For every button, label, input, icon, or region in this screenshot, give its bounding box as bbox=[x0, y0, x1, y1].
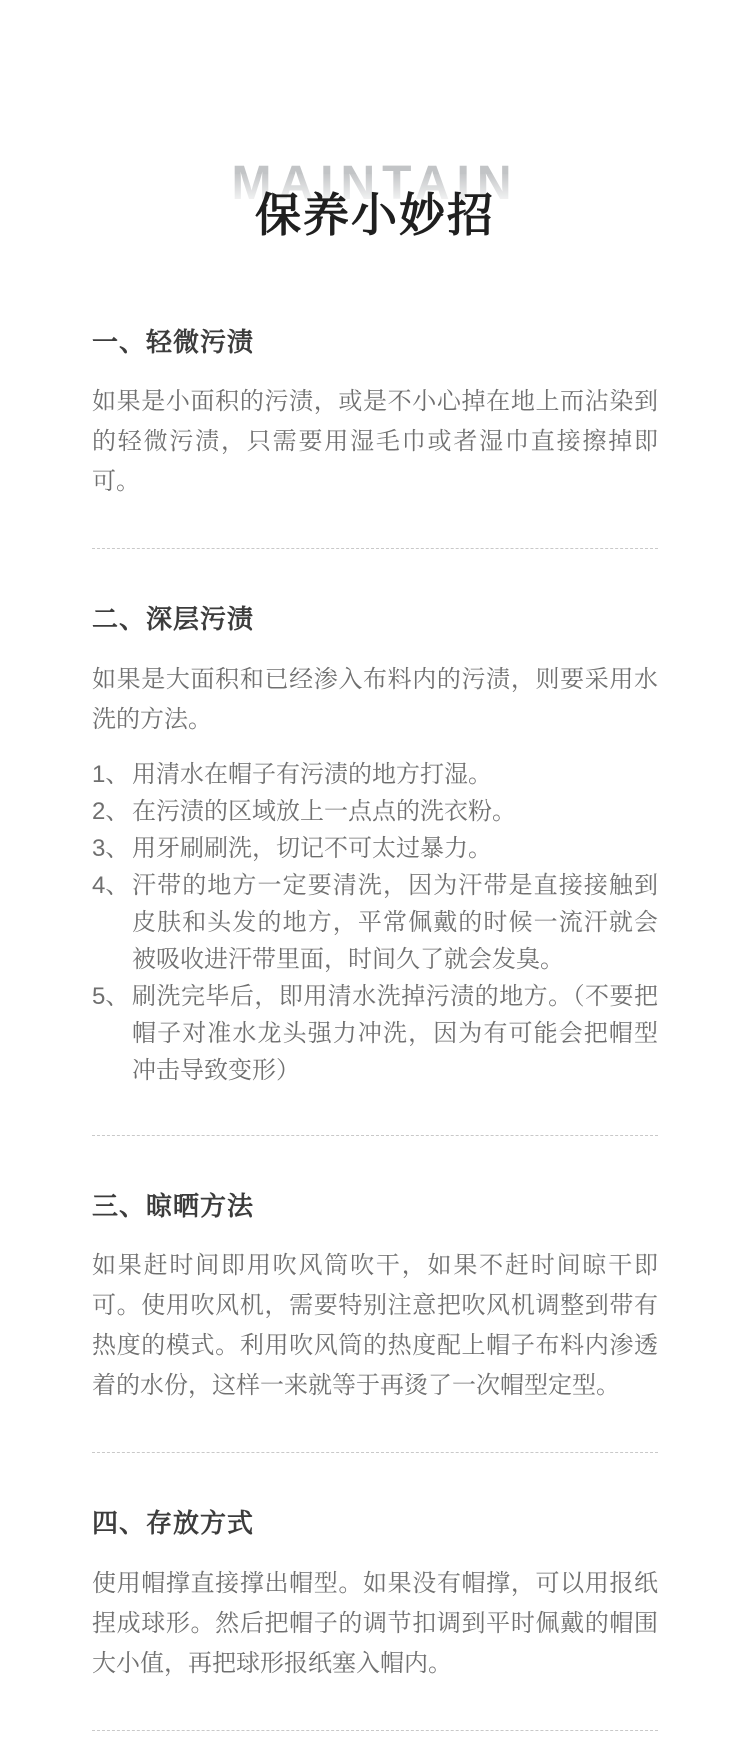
section-paragraph: 如果赶时间即用吹风筒吹干，如果不赶时间晾干即可。使用吹风机，需要特别注意把吹风机… bbox=[92, 1246, 658, 1406]
list-item-text: 汗带的地方一定要清洗，因为汗带是直接接触到皮肤和头发的地方，平常佩戴的时候一流汗… bbox=[132, 867, 658, 978]
content-area: 一、轻微污渍 如果是小面积的污渍，或是不小心掉在地上而沾染到的轻微污渍，只需要用… bbox=[0, 324, 750, 1731]
section-storage-method: 四、存放方式 使用帽撑直接撑出帽型。如果没有帽撑，可以用报纸捏成球形。然后把帽子… bbox=[92, 1505, 658, 1683]
list-item: 2、 在污渍的区域放上一点点的洗衣粉。 bbox=[92, 793, 658, 830]
dashed-divider bbox=[92, 548, 658, 549]
list-item-number: 2、 bbox=[92, 793, 132, 830]
section-paragraph: 如果是大面积和已经渗入布料内的污渍，则要采用水洗的方法。 bbox=[92, 660, 658, 740]
list-item: 5、 刷洗完毕后，即用清水洗掉污渍的地方。（不要把帽子对准水龙头强力冲洗，因为有… bbox=[92, 978, 658, 1089]
page-title: 保养小妙招 bbox=[0, 190, 750, 241]
list-item-text: 在污渍的区域放上一点点的洗衣粉。 bbox=[132, 793, 658, 830]
list-item-number: 5、 bbox=[92, 978, 132, 1015]
section-heading: 一、轻微污渍 bbox=[92, 324, 658, 360]
list-item-number: 3、 bbox=[92, 830, 132, 867]
washing-steps-list: 1、 用清水在帽子有污渍的地方打湿。 2、 在污渍的区域放上一点点的洗衣粉。 3… bbox=[92, 756, 658, 1089]
section-heading: 三、晾晒方法 bbox=[92, 1188, 658, 1224]
list-item-text: 用清水在帽子有污渍的地方打湿。 bbox=[132, 756, 658, 793]
section-deep-stains: 二、深层污渍 如果是大面积和已经渗入布料内的污渍，则要采用水洗的方法。 1、 用… bbox=[92, 601, 658, 1088]
list-item: 1、 用清水在帽子有污渍的地方打湿。 bbox=[92, 756, 658, 793]
care-guide-page: MAINTAIN 保养小妙招 一、轻微污渍 如果是小面积的污渍，或是不小心掉在地… bbox=[0, 160, 750, 1731]
dashed-divider bbox=[92, 1730, 658, 1731]
section-paragraph: 使用帽撑直接撑出帽型。如果没有帽撑，可以用报纸捏成球形。然后把帽子的调节扣调到平… bbox=[92, 1564, 658, 1684]
section-heading: 二、深层污渍 bbox=[92, 601, 658, 637]
section-drying-method: 三、晾晒方法 如果赶时间即用吹风筒吹干，如果不赶时间晾干即可。使用吹风机，需要特… bbox=[92, 1188, 658, 1406]
list-item-number: 4、 bbox=[92, 867, 132, 904]
dashed-divider bbox=[92, 1452, 658, 1453]
section-heading: 四、存放方式 bbox=[92, 1505, 658, 1541]
list-item: 3、 用牙刷刷洗，切记不可太过暴力。 bbox=[92, 830, 658, 867]
section-light-stains: 一、轻微污渍 如果是小面积的污渍，或是不小心掉在地上而沾染到的轻微污渍，只需要用… bbox=[92, 324, 658, 502]
list-item-number: 1、 bbox=[92, 756, 132, 793]
section-paragraph: 如果是小面积的污渍，或是不小心掉在地上而沾染到的轻微污渍，只需要用湿毛巾或者湿巾… bbox=[92, 382, 658, 502]
dashed-divider bbox=[92, 1135, 658, 1136]
list-item: 4、 汗带的地方一定要清洗，因为汗带是直接接触到皮肤和头发的地方，平常佩戴的时候… bbox=[92, 867, 658, 978]
list-item-text: 用牙刷刷洗，切记不可太过暴力。 bbox=[132, 830, 658, 867]
list-item-text: 刷洗完毕后，即用清水洗掉污渍的地方。（不要把帽子对准水龙头强力冲洗，因为有可能会… bbox=[132, 978, 658, 1089]
page-header: MAINTAIN 保养小妙招 bbox=[0, 160, 750, 244]
